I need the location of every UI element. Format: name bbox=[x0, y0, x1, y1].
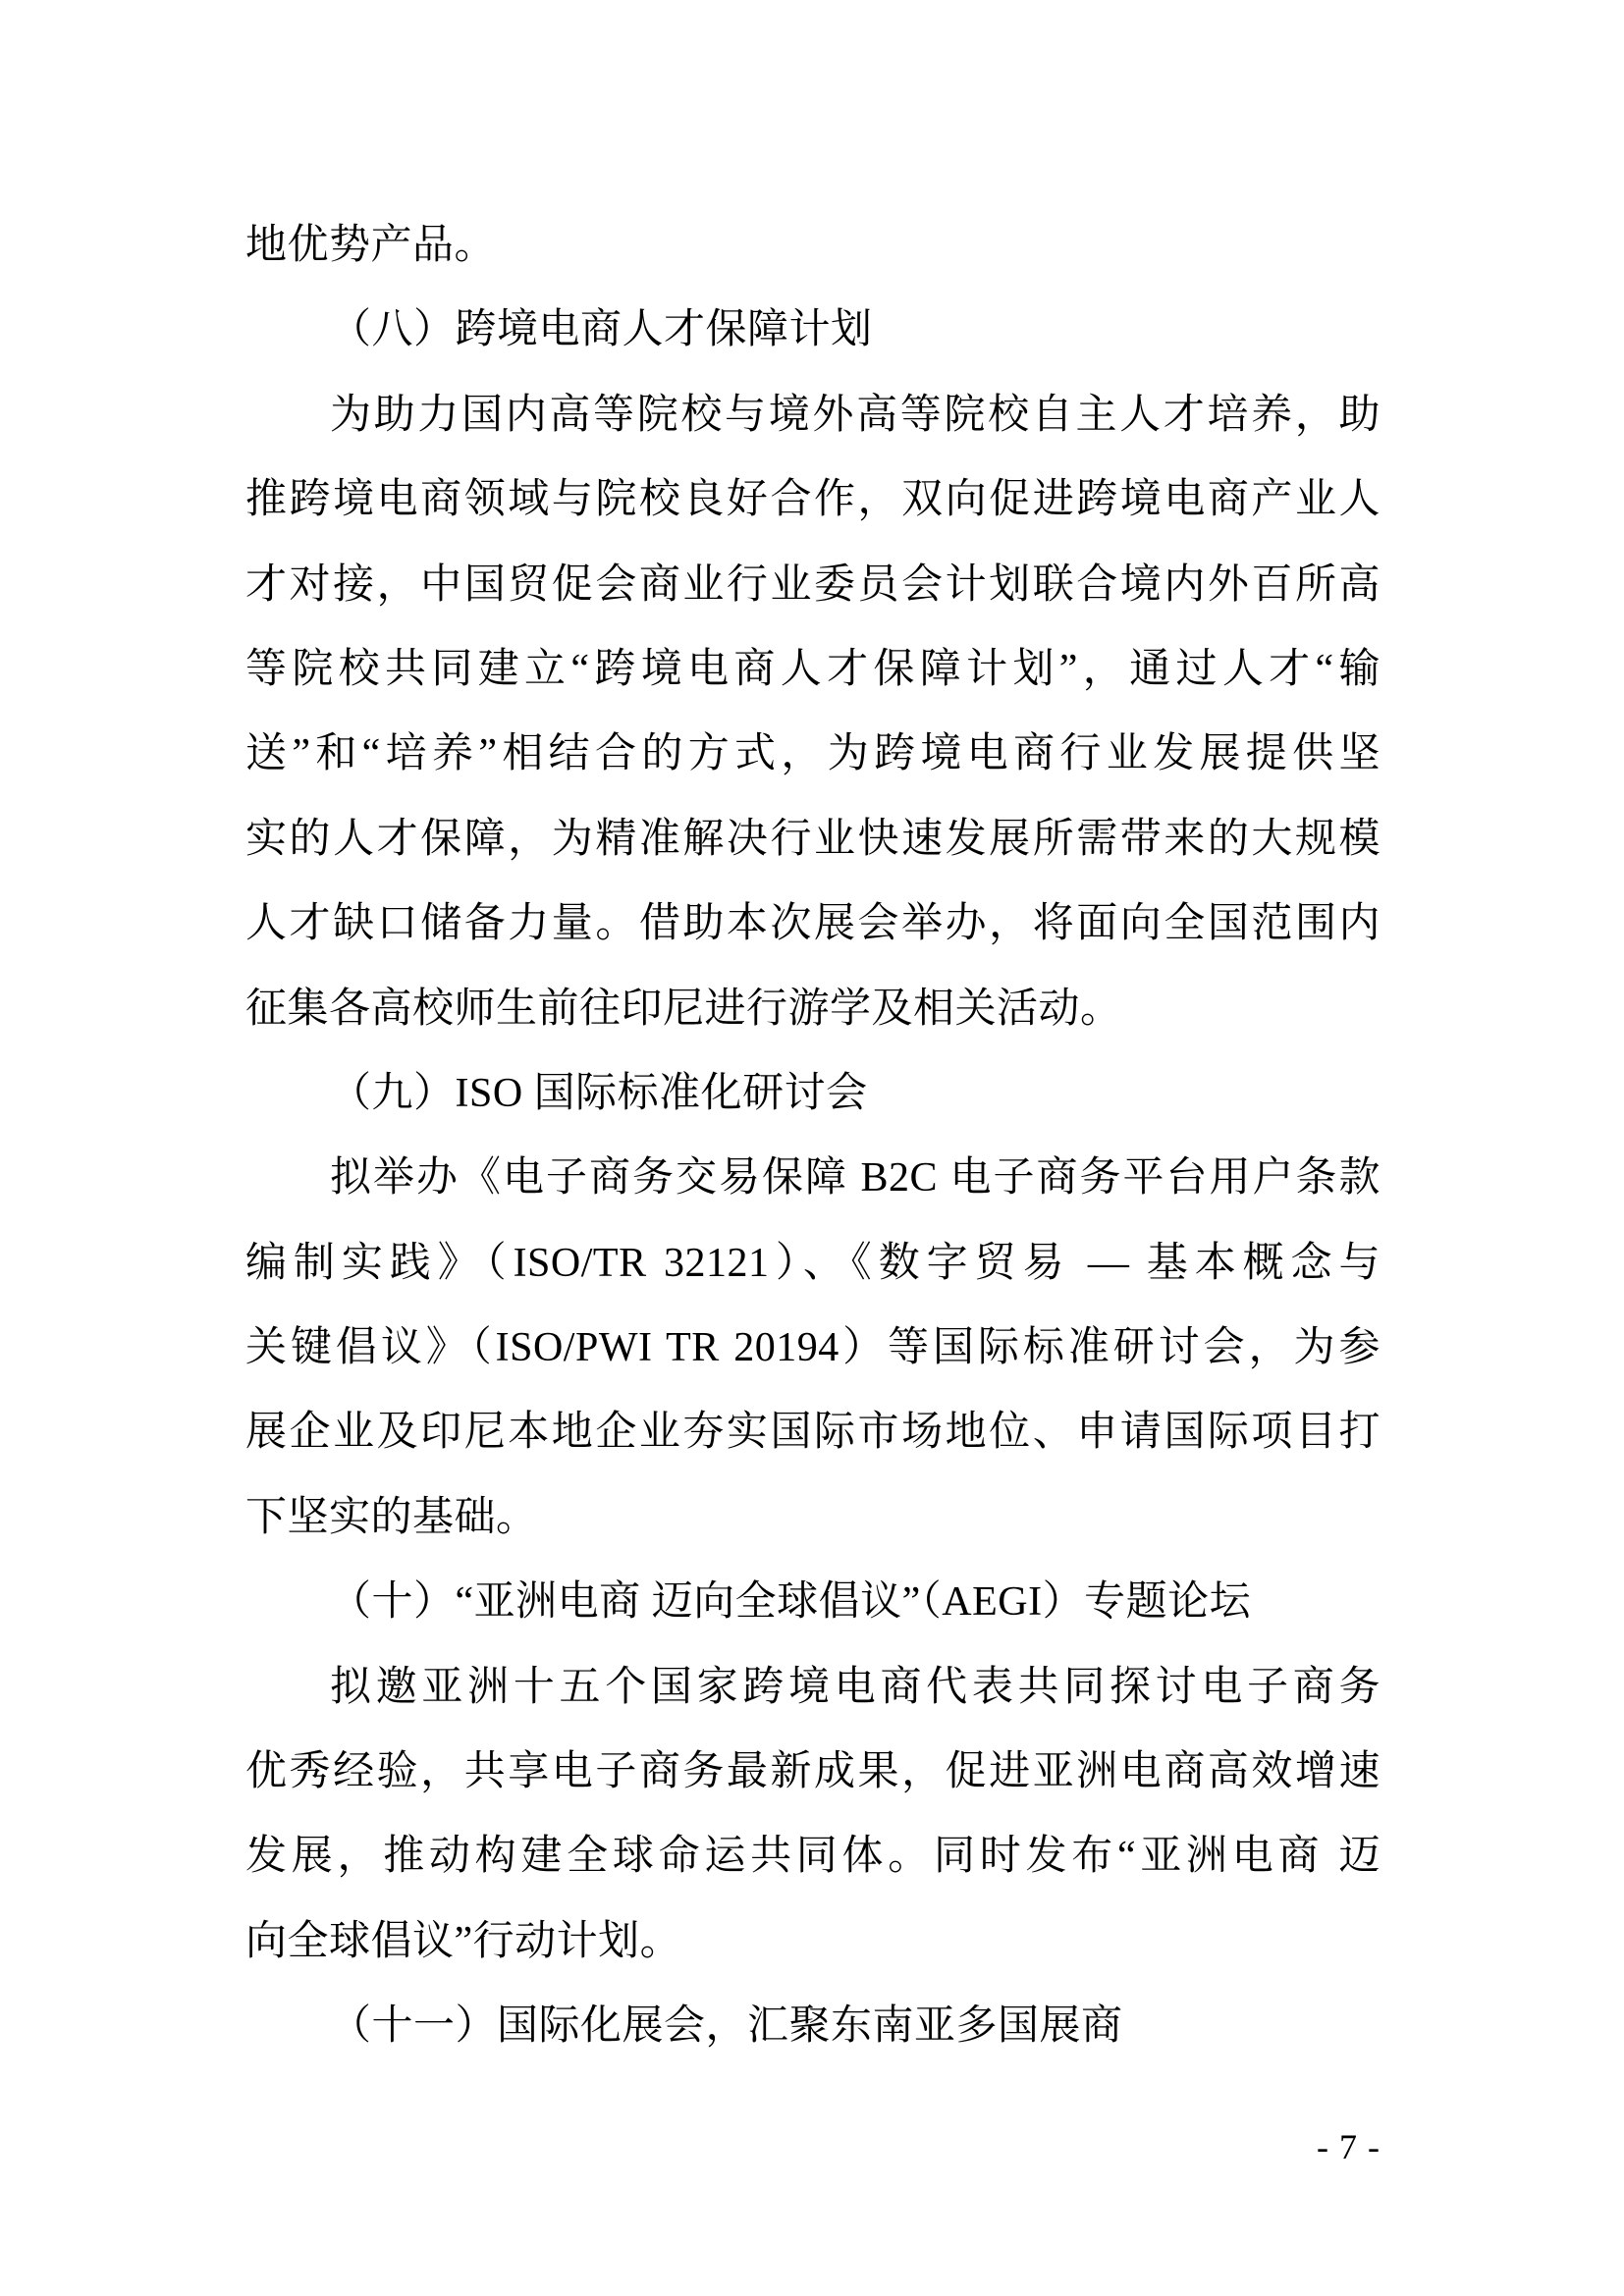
body-line: 实的人才保障，为精准解决行业快速发展所需带来的大规模 bbox=[245, 797, 1380, 881]
body-line: 优秀经验，共享电子商务最新成果，促进亚洲电商高效增速 bbox=[245, 1730, 1380, 1814]
body-line: 为助力国内高等院校与境外高等院校自主人才培养，助 bbox=[245, 373, 1380, 457]
body-line: 地优势产品。 bbox=[245, 203, 1380, 288]
body-line: 推跨境电商领域与院校良好合作，双向促进跨境电商产业人 bbox=[245, 457, 1380, 542]
body-line: 展企业及印尼本地企业夯实国际市场地位、申请国际项目打 bbox=[245, 1390, 1380, 1474]
section-heading: （十）“亚洲电商 迈向全球倡议”（AEGI）专题论坛 bbox=[245, 1560, 1380, 1644]
body-line: 征集各高校师生前往印尼进行游学及相关活动。 bbox=[245, 967, 1380, 1051]
body-line: 下坚实的基础。 bbox=[245, 1475, 1380, 1560]
document-page: 地优势产品。 （八）跨境电商人才保障计划 为助力国内高等院校与境外高等院校自主人… bbox=[0, 0, 1624, 2296]
section-heading: （九）ISO 国际标准化研讨会 bbox=[245, 1051, 1380, 1136]
page-number: - 7 - bbox=[1317, 2123, 1380, 2170]
body-line: 向全球倡议”行动计划。 bbox=[245, 1899, 1380, 1984]
body-line: 拟邀亚洲十五个国家跨境电商代表共同探讨电子商务 bbox=[245, 1645, 1380, 1730]
body-line: 发展，推动构建全球命运共同体。同时发布“亚洲电商 迈 bbox=[245, 1814, 1380, 1898]
body-line: 等院校共同建立“跨境电商人才保障计划”，通过人才“输 bbox=[245, 627, 1380, 712]
section-heading: （十一）国际化展会，汇聚东南亚多国展商 bbox=[245, 1984, 1380, 2068]
body-line: 关键倡议》（ISO/PWI TR 20194）等国际标准研讨会，为参 bbox=[245, 1306, 1380, 1390]
body-line: 才对接，中国贸促会商业行业委员会计划联合境内外百所高 bbox=[245, 543, 1380, 627]
body-line: 送”和“培养”相结合的方式，为跨境电商行业发展提供坚 bbox=[245, 712, 1380, 796]
body-line: 拟举办《电子商务交易保障 B2C 电子商务平台用户条款 bbox=[245, 1136, 1380, 1220]
document-text-block: 地优势产品。 （八）跨境电商人才保障计划 为助力国内高等院校与境外高等院校自主人… bbox=[245, 203, 1380, 2069]
body-line: 编制实践》（ISO/TR 32121）、《数字贸易 — 基本概念与 bbox=[245, 1221, 1380, 1306]
body-line: 人才缺口储备力量。借助本次展会举办，将面向全国范围内 bbox=[245, 881, 1380, 966]
section-heading: （八）跨境电商人才保障计划 bbox=[245, 288, 1380, 372]
